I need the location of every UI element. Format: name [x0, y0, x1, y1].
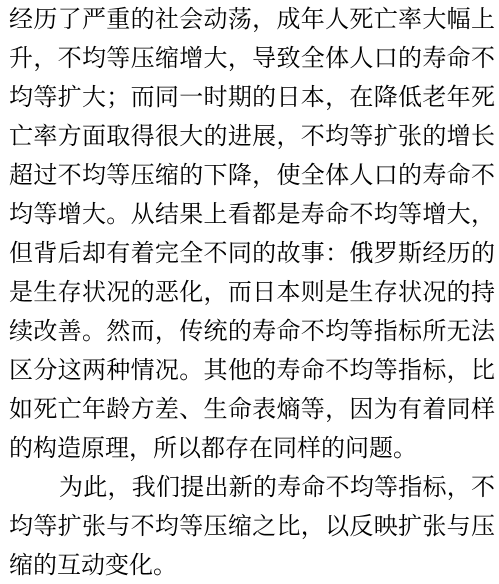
body-paragraph: 经历了严重的社会动荡，成年人死亡率大幅上升，不均等压缩增大，导致全体人口的寿命不… [9, 0, 495, 468]
document-page: 经历了严重的社会动荡，成年人死亡率大幅上升，不均等压缩增大，导致全体人口的寿命不… [0, 0, 499, 584]
body-paragraph: 为此，我们提出新的寿命不均等指标，不均等扩张与不均等压缩之比，以反映扩张与压缩的… [9, 468, 495, 584]
